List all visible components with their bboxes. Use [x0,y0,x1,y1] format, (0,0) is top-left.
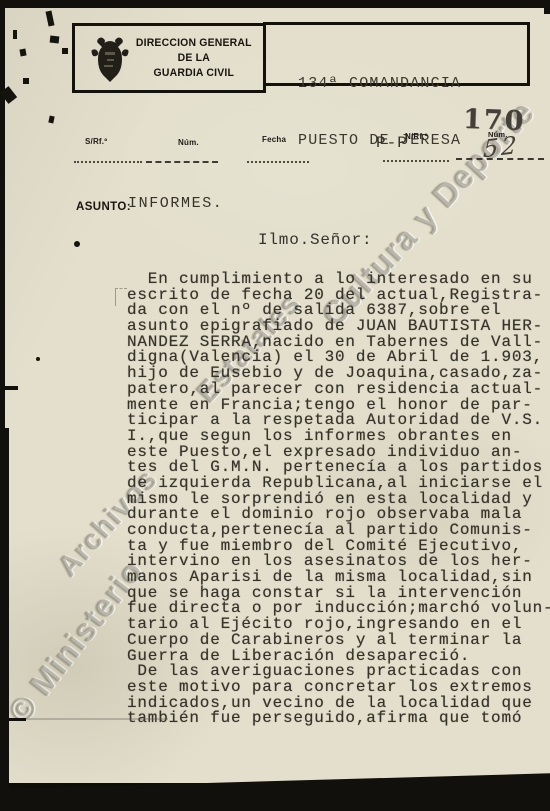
ink-spot [23,78,29,84]
guardia-civil-crest-icon [91,36,129,83]
scan-edge-top [0,0,550,8]
scanned-document-page: © Ministerio Archivos Estatales Cultura … [0,0,550,811]
dotted-rule [383,160,449,162]
pp-typed-value: P-P [376,134,408,152]
dotted-rule [247,161,309,163]
unit-comandancia: 134ª COMANDANCIA [298,74,461,93]
unit-designation-box: 134ª COMANDANCIA PUESTO DE JERESA [263,22,530,86]
letter-body: En cumplimiento a lo interesado en su es… [127,272,550,727]
ink-spot [74,241,80,247]
num-label: Núm. [178,138,199,147]
ink-spot [19,49,26,57]
subject-label: ASUNTO: [76,201,131,213]
fecha-label: Fecha [262,135,286,144]
pencil-corner-bracket [115,288,127,306]
dotted-rule [456,158,544,160]
unit-designation: 134ª COMANDANCIA PUESTO DE JERESA [298,36,461,188]
agency-name-line3: GUARDIA CIVIL [133,66,255,81]
body-line: también fue perseguido,afirma que tomó [127,711,550,727]
subject-value: INFORMES. [128,195,223,212]
dotted-rule [74,161,142,163]
agency-name: DIRECCION GENERAL DE LA GUARDIA CIVIL [133,36,255,81]
s-ref-label: S/Rf.º [85,137,107,146]
scan-edge-left [0,428,9,789]
ink-spot [50,36,60,44]
ink-spot [36,357,40,361]
ink-spot [13,30,17,39]
agency-letterhead-box: DIRECCION GENERAL DE LA GUARDIA CIVIL [72,23,266,93]
agency-name-line2: DE LA [133,51,255,66]
n-ref-label: N/Rf.º [405,132,428,141]
margin-tick-mark [0,386,18,390]
dotted-rule [146,161,218,163]
margin-tick-mark [0,718,26,721]
pencil-underline [26,718,168,720]
salutation: Ilmo.Señor: [258,231,372,249]
scan-edge-corner [544,0,550,14]
agency-name-line1: DIRECCION GENERAL [133,36,255,51]
ink-spot [62,48,68,54]
